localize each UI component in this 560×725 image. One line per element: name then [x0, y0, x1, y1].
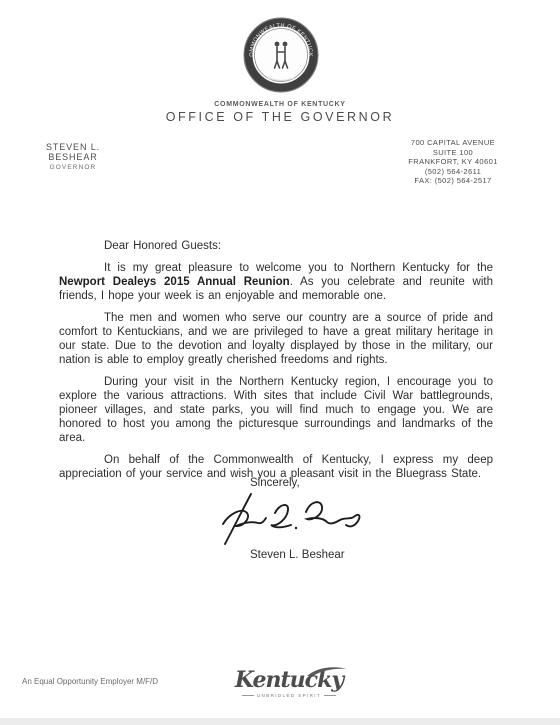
address-line: FRANKFORT, KY 40601 [358, 157, 548, 167]
paragraph-military: The men and women who serve our country … [59, 311, 493, 367]
commonwealth-line: COMMONWEALTH OF KENTUCKY [0, 101, 560, 108]
equal-opportunity-text: An Equal Opportunity Employer M/F/D [22, 677, 158, 686]
address-line: (502) 564-2611 [358, 167, 548, 177]
salutation: Dear Honored Guests: [59, 239, 493, 253]
scan-edge-artifact [0, 718, 560, 725]
kentucky-tagline: UNBRIDLED SPIRIT [257, 693, 321, 698]
kentucky-brand-logo: Kentucky UNBRIDLED SPIRIT [224, 668, 354, 698]
letter-body: Dear Honored Guests: It is my great plea… [59, 231, 493, 481]
tagline-flourish-left [242, 695, 254, 696]
paragraph-attractions: During your visit in the Northern Kentuc… [59, 375, 493, 445]
letter-page: COMMONWEALTH OF KENTUCKY COMMONWEALTH OF… [0, 0, 560, 725]
closing-salutation: Sincerely, [250, 477, 300, 489]
tagline-flourish-right [324, 695, 336, 696]
event-name-bold: Newport Dealeys 2015 Annual Reunion [59, 276, 290, 288]
horse-swoosh-icon [306, 665, 348, 677]
kentucky-state-seal-icon: COMMONWEALTH OF KENTUCKY [242, 16, 320, 94]
kentucky-logo-text: Kentucky [224, 668, 354, 692]
signature-script [214, 489, 364, 547]
paragraph-welcome: It is my great pleasure to welcome you t… [59, 261, 493, 303]
address-line: 700 CAPITAL AVENUE [358, 138, 548, 148]
address-line: SUITE 100 [358, 148, 548, 158]
office-title: OFFICE OF THE GOVERNOR [0, 110, 560, 124]
office-address-block: 700 CAPITAL AVENUE SUITE 100 FRANKFORT, … [358, 138, 548, 186]
governor-name-block: STEVEN L. BESHEAR GOVERNOR [20, 142, 126, 171]
governor-title: GOVERNOR [20, 164, 126, 171]
paragraph-text: It is my great pleasure to welcome you t… [104, 262, 493, 274]
typed-signature-name: Steven L. Beshear [250, 549, 345, 561]
address-line: FAX: (502) 564-2517 [358, 176, 548, 186]
governor-name: STEVEN L. BESHEAR [20, 142, 126, 162]
kentucky-tagline-row: UNBRIDLED SPIRIT [224, 693, 354, 698]
